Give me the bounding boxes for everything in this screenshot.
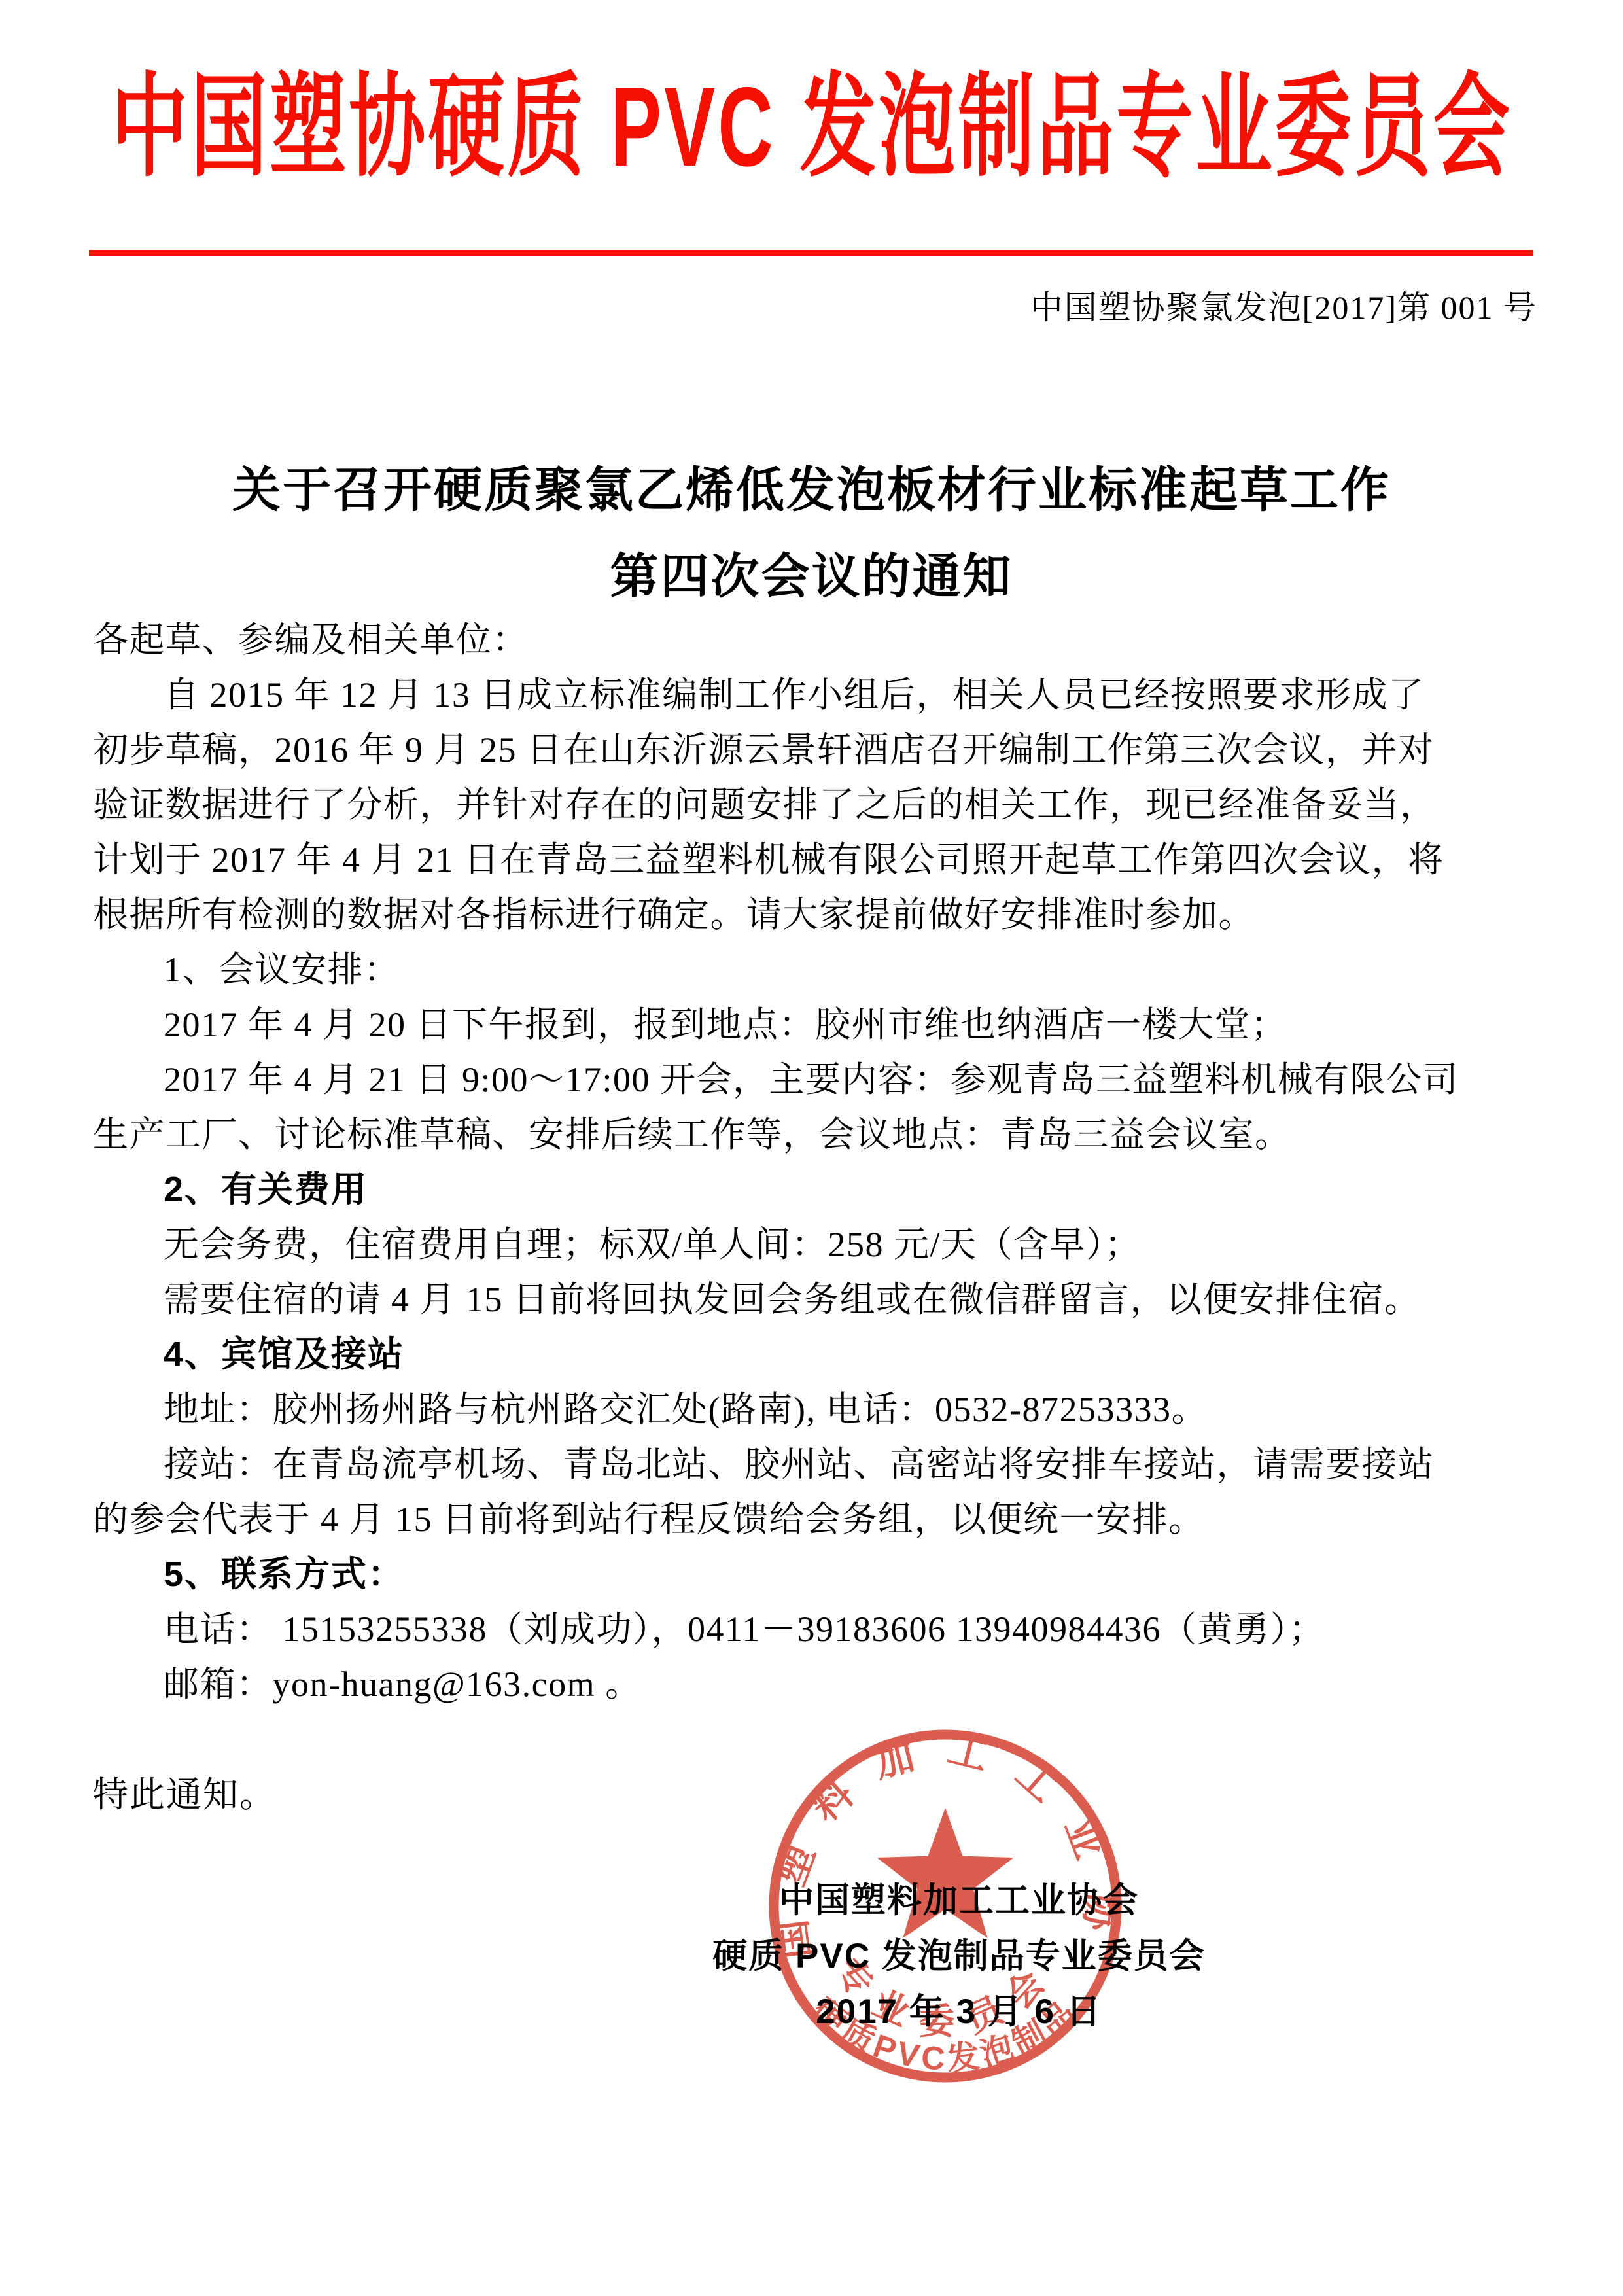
document-number: 中国塑协聚氯发泡[2017]第 001 号	[1030, 281, 1537, 328]
body-line: 2017 年 4 月 21 日 9:00～17:00 开会，主要内容：参观青岛三…	[93, 1052, 1544, 1107]
body-line: 生产工厂、讨论标准草稿、安排后续工作等，会议地点：青岛三益会议室。	[93, 1107, 1544, 1162]
body-line: 无会务费，住宿费用自理；标双/单人间：258 元/天（含早）；	[93, 1217, 1544, 1272]
signature-org-line1: 中国塑料加工工业协会	[665, 1873, 1253, 1928]
body-text: 各起草、参编及相关单位：自 2015 年 12 月 13 日成立标准编制工作小组…	[93, 612, 1544, 1712]
body-line: 5、联系方式：	[93, 1547, 1544, 1602]
letterhead-divider-rule	[89, 250, 1533, 256]
body-line: 地址：胶州扬州路与杭州路交汇处(路南), 电话：0532-87253333。	[93, 1382, 1544, 1437]
body-line: 接站：在青岛流亭机场、青岛北站、胶州站、高密站将安排车接站，请需要接站	[93, 1437, 1544, 1492]
body-line: 2017 年 4 月 20 日下午报到，报到地点：胶州市维也纳酒店一楼大堂；	[93, 997, 1544, 1052]
body-line: 电话： 15153255338（刘成功），0411－39183606 13940…	[93, 1602, 1544, 1657]
signature-date: 2017 年 3 月 6 日	[665, 1984, 1253, 2040]
closing-phrase: 特此通知。	[93, 1767, 276, 1817]
letterhead-title: 中国塑协硬质 PVC 发泡制品专业委员会	[111, 63, 1512, 192]
body-line: 4、宾馆及接站	[93, 1327, 1544, 1382]
signature-org-line2: 硬质 PVC 发泡制品专业委员会	[665, 1928, 1253, 1984]
body-line: 2、有关费用	[93, 1162, 1544, 1217]
body-line: 根据所有检测的数据对各指标进行确定。请大家提前做好安排准时参加。	[93, 887, 1544, 942]
document-title-line2: 第四次会议的通知	[0, 538, 1623, 607]
body-line: 计划于 2017 年 4 月 21 日在青岛三益塑料机械有限公司照开起草工作第四…	[93, 832, 1544, 887]
body-line: 初步草稿，2016 年 9 月 25 日在山东沂源云景轩酒店召开编制工作第三次会…	[93, 722, 1544, 777]
body-line: 验证数据进行了分析，并针对存在的问题安排了之后的相关工作，现已经准备妥当，	[93, 777, 1544, 832]
body-line: 各起草、参编及相关单位：	[93, 612, 1544, 667]
document-title-line1: 关于召开硬质聚氯乙烯低发泡板材行业标准起草工作	[0, 451, 1623, 521]
notice-document-page: 中国塑协硬质 PVC 发泡制品专业委员会 中国塑协聚氯发泡[2017]第 001…	[0, 0, 1623, 2296]
body-line: 需要住宿的请 4 月 15 日前将回执发回会务组或在微信群留言，以便安排住宿。	[93, 1272, 1544, 1327]
body-line: 自 2015 年 12 月 13 日成立标准编制工作小组后，相关人员已经按照要求…	[93, 667, 1544, 722]
signature-block: 中国塑料加工工业协会 硬质 PVC 发泡制品专业委员会 2017 年 3 月 6…	[665, 1873, 1253, 2040]
body-line: 的参会代表于 4 月 15 日前将到站行程反馈给会务组，以便统一安排。	[93, 1492, 1544, 1547]
body-line: 1、会议安排：	[93, 942, 1544, 997]
body-line: 邮箱：yon-huang@163.com 。	[93, 1657, 1544, 1712]
